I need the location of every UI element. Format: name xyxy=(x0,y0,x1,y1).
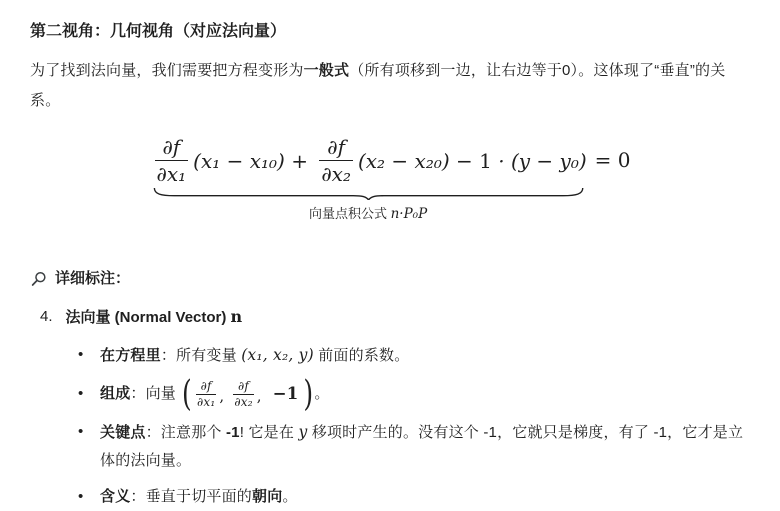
math-comma: , xyxy=(257,382,262,410)
underbraced-expression: ∂f∂x₁ (x₁ − x₁₀) + ∂f∂x₂ (x₂ − x₂₀) − 1 … xyxy=(150,134,587,224)
fraction-numerator: ∂f xyxy=(238,379,249,394)
list-item-title-math-n: n xyxy=(231,307,243,326)
bullet-text: ：向量 xyxy=(130,385,176,402)
equation-term-2: (x₂ − x₂₀) − xyxy=(358,148,479,174)
document-page: 第二视角：几何视角（对应法向量） 为了找到法向量，我们需要把方程变形为一般式（所… xyxy=(0,0,780,511)
intro-paragraph: 为了找到法向量，我们需要把方程变形为一般式（所有项移到一边，让右边等于0）。这体… xyxy=(30,56,750,116)
underbrace-label-math: n·P₀P xyxy=(391,206,428,222)
bullet-label: 组成 xyxy=(100,385,130,402)
bullet-item-key-point: • 关键点：注意那个 -1! 它是在 y 移项时产生的。没有这个 -1，它就只是… xyxy=(78,418,750,475)
minus-one-bold: -1 xyxy=(226,424,240,441)
left-parenthesis: ( xyxy=(182,374,192,414)
fraction-numerator: ∂f xyxy=(160,134,182,160)
magnifier-icon xyxy=(30,271,47,288)
bullet-text: ：注意那个 xyxy=(146,424,226,441)
underbrace-label-text: 向量点积公式 xyxy=(309,206,391,221)
bullet-label: 关键点 xyxy=(100,424,146,441)
bullet-icon: • xyxy=(78,483,100,511)
inline-fraction-df-dx2: ∂f∂x₂ xyxy=(233,379,253,410)
intro-bold: 一般式 xyxy=(304,62,350,79)
fraction-denominator: ∂x₁ xyxy=(155,160,189,187)
bullet-item-meaning: • 含义：垂直于切平面的朝向。 xyxy=(78,483,750,511)
fraction-denominator: ∂x₂ xyxy=(233,394,253,410)
bullet-label: 含义 xyxy=(100,488,130,505)
bullet-list: • 在方程里：所有变量 (x₁, x₂, y) 前面的系数。 • 组成：向量(∂… xyxy=(78,341,750,511)
bullet-icon: • xyxy=(78,341,100,369)
underbrace-icon xyxy=(150,188,587,200)
equation-equals-zero: = 0 xyxy=(595,147,631,173)
bullet-item-equation-role: • 在方程里：所有变量 (x₁, x₂, y) 前面的系数。 xyxy=(78,341,750,370)
equation-term-3: · (y − y₀) xyxy=(492,148,587,174)
bullet-text: 前面的系数。 xyxy=(314,347,410,364)
bullet-label: 在方程里 xyxy=(100,347,161,364)
annotation-title: 详细标注： xyxy=(55,268,130,290)
bullet-text: 。 xyxy=(282,488,297,505)
bullet-item-composition: • 组成：向量(∂f∂x₁,∂f∂x₂,−1)。 xyxy=(78,378,750,410)
annotation-header: 详细标注： xyxy=(30,268,750,290)
fraction-df-dx2: ∂f∂x₂ xyxy=(319,134,353,187)
bullet-text: ：所有变量 xyxy=(161,347,241,364)
bullet-icon: • xyxy=(78,418,100,446)
section-heading: 第二视角：几何视角（对应法向量） xyxy=(30,20,750,44)
equation-coefficient-one: 1 xyxy=(479,148,492,174)
list-item-number: 4. xyxy=(40,306,53,329)
intro-text-pre: 为了找到法向量，我们需要把方程变形为 xyxy=(30,62,304,79)
list-item-title: 法向量 (Normal Vector) n xyxy=(66,306,243,329)
negative-one-bold: −1 xyxy=(273,384,299,403)
fraction-denominator: ∂x₂ xyxy=(319,160,353,187)
orientation-bold: 朝向 xyxy=(252,488,282,505)
right-parenthesis: ) xyxy=(303,374,313,414)
equation-expression: ∂f∂x₁ (x₁ − x₁₀) + ∂f∂x₂ (x₂ − x₂₀) − 1 … xyxy=(150,134,587,187)
math-comma: , xyxy=(219,382,224,410)
equation-term-1: (x₁ − x₁₀) + xyxy=(193,148,314,174)
equation-block: ∂f∂x₁ (x₁ − x₁₀) + ∂f∂x₂ (x₂ − x₂₀) − 1 … xyxy=(30,134,750,224)
bullet-text: 。 xyxy=(314,385,329,402)
bullet-icon: • xyxy=(78,380,100,408)
inline-fraction-df-dx1: ∂f∂x₁ xyxy=(196,379,216,410)
list-item-4: 4. 法向量 (Normal Vector) n xyxy=(40,306,750,329)
underbrace-label: 向量点积公式 n·P₀P xyxy=(309,204,427,224)
fraction-numerator: ∂f xyxy=(325,134,347,160)
fraction-denominator: ∂x₁ xyxy=(196,394,216,410)
fraction-df-dx1: ∂f∂x₁ xyxy=(155,134,189,187)
bullet-text: ! 它是在 xyxy=(240,424,299,441)
fraction-numerator: ∂f xyxy=(201,379,212,394)
list-item-title-text: 法向量 (Normal Vector) xyxy=(66,309,231,326)
bullet-text: ：垂直于切平面的 xyxy=(130,488,252,505)
inline-math-variables: (x₁, x₂, y) xyxy=(241,346,314,364)
